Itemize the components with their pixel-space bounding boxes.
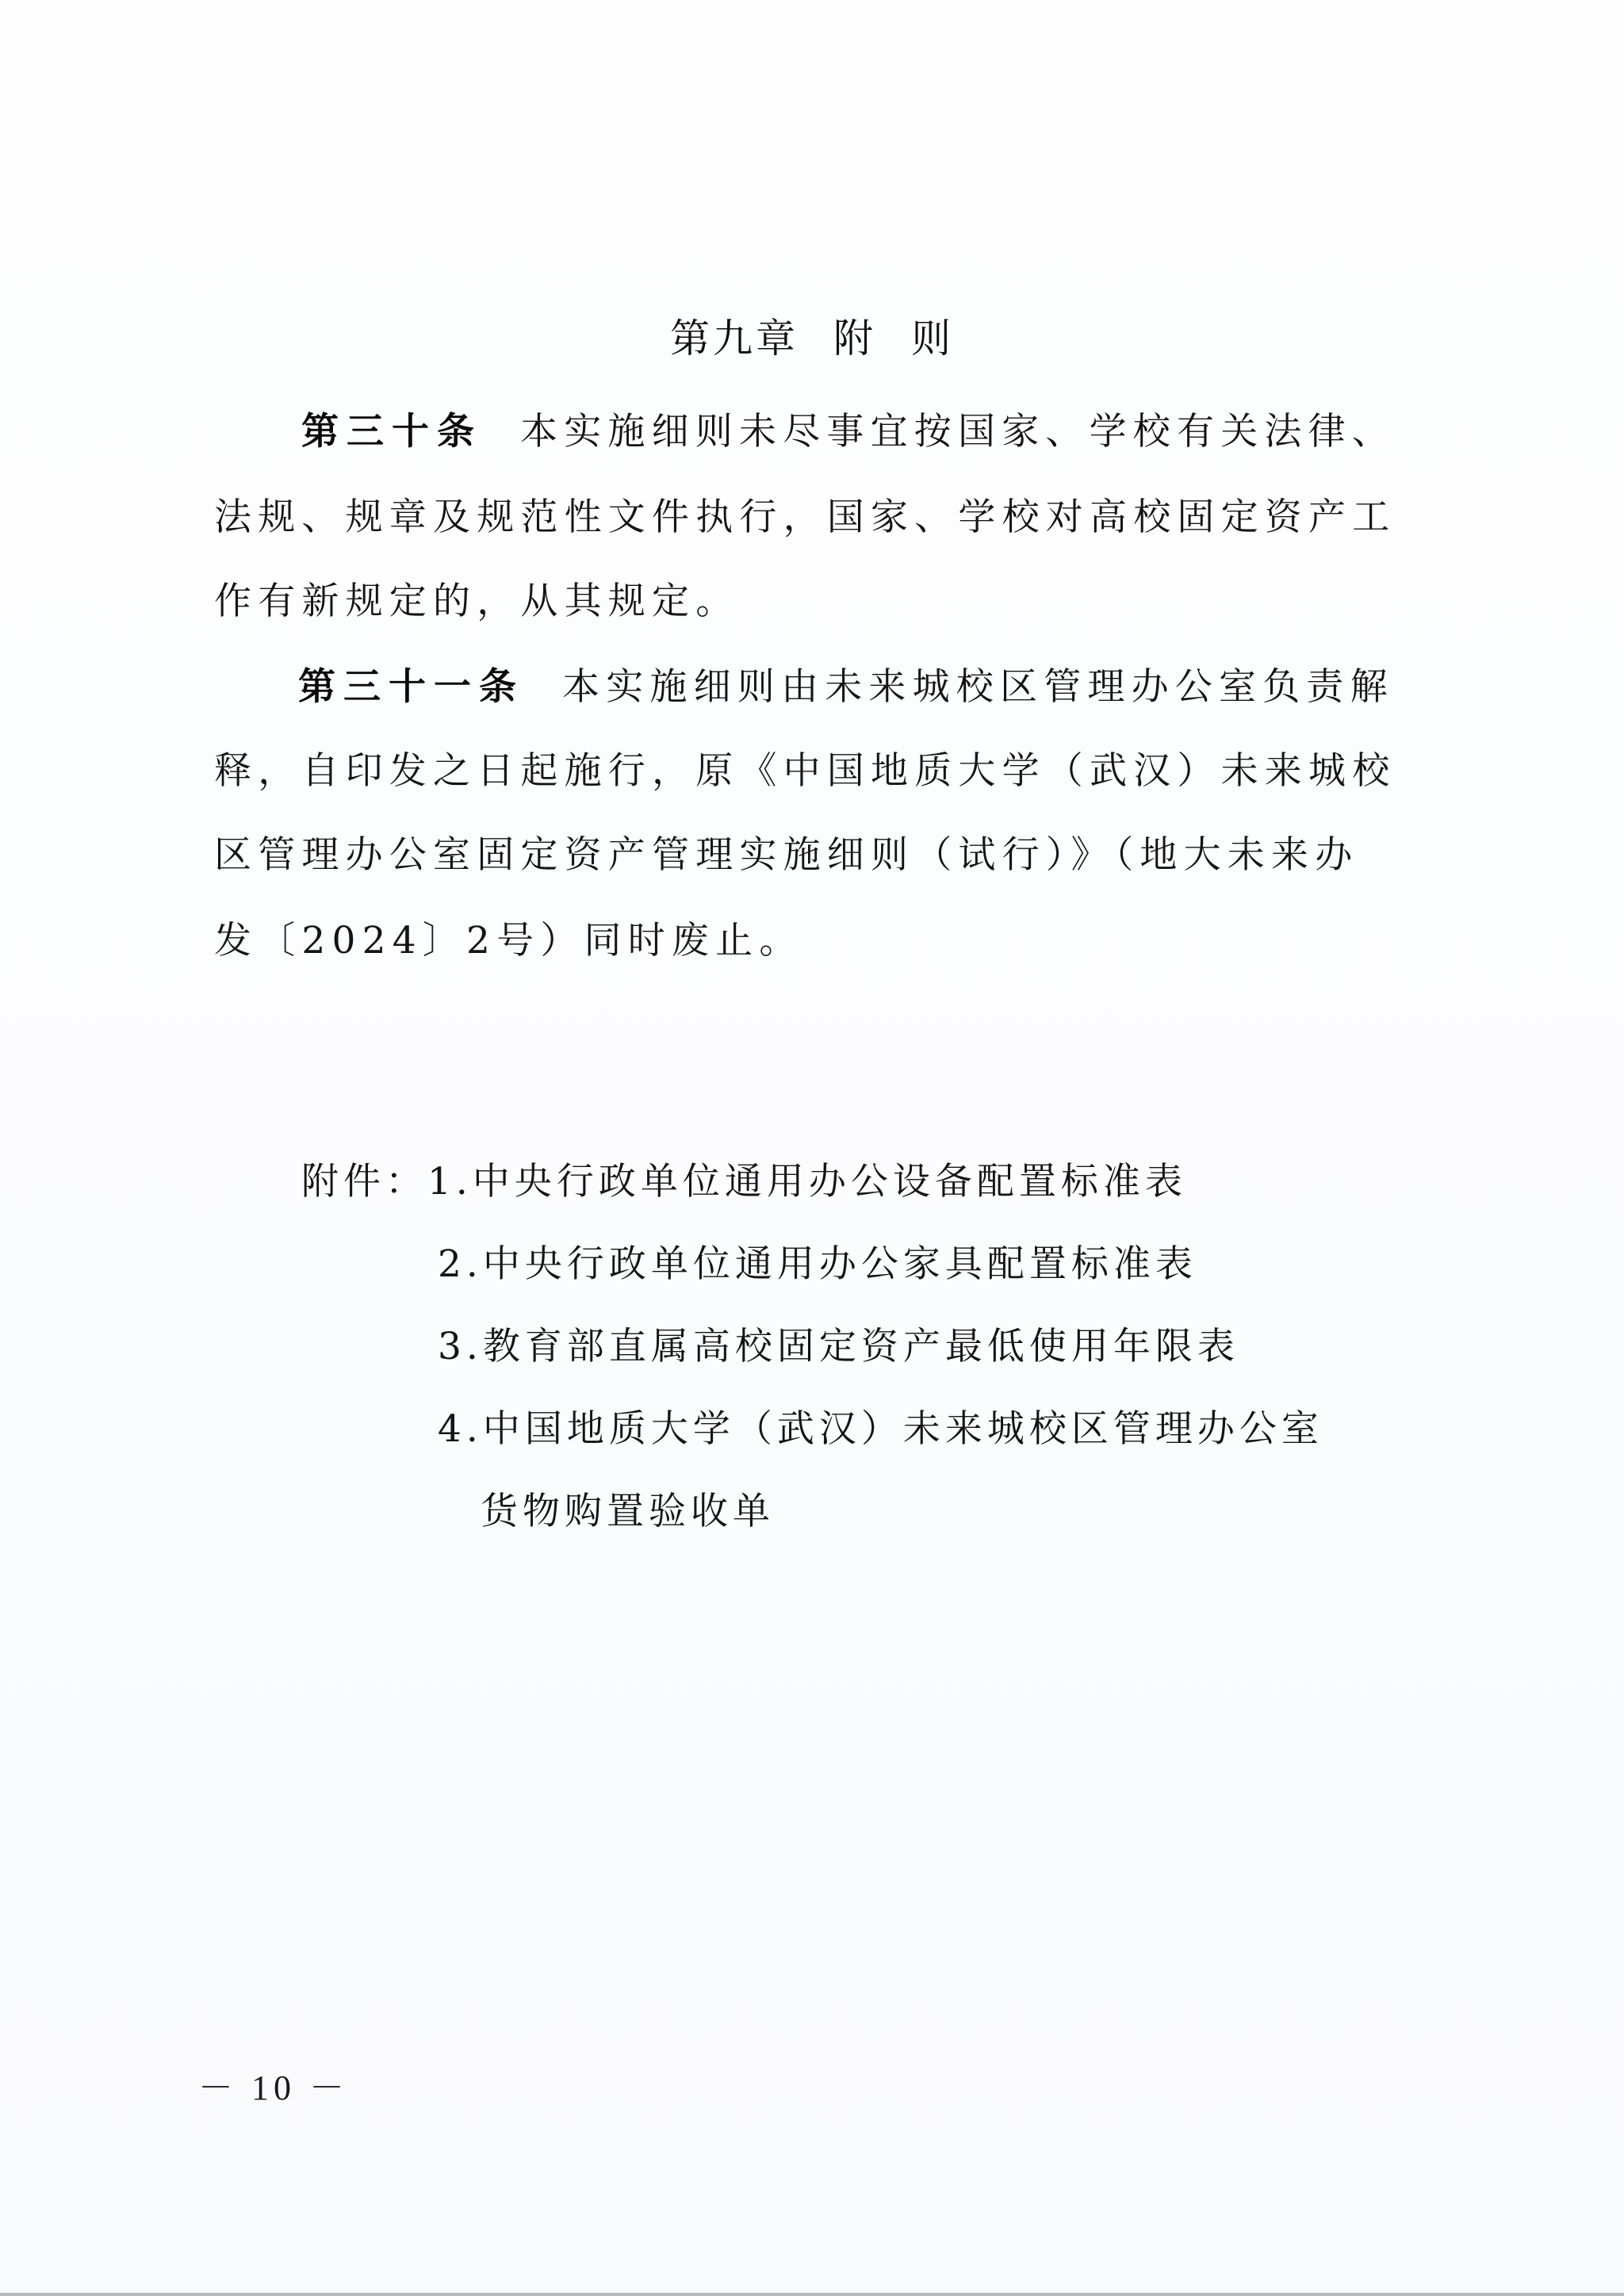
chapter-title: 第九章附则 [0, 311, 1624, 366]
article-30-line-3: 作有新规定的，从其规定。 [214, 574, 1443, 629]
page-bottom-edge [0, 2293, 1624, 2296]
article-31-text-1: 本实施细则由未来城校区管理办公室负责解 [562, 665, 1394, 709]
chapter-name-part2: 则 [911, 316, 954, 362]
attachment-item-4-continued[interactable]: 货物购置验收单 [481, 1484, 775, 1540]
article-30-line-2: 法规、规章及规范性文件执行，国家、学校对高校固定资产工 [214, 490, 1443, 545]
attachment-item-3[interactable]: 3.教育部直属高校固定资产最低使用年限表 [438, 1319, 1239, 1375]
article-31-line-1: 第三十一条本实施细则由未来城校区管理办公室负责解 [298, 660, 1527, 715]
article-31-line-3: 区管理办公室固定资产管理实施细则（试行）》（地大未来办 [214, 828, 1443, 883]
article-30-text-1: 本实施细则未尽事宜按国家、学校有关法律、 [520, 410, 1396, 453]
article-31-label: 第三十一条 [298, 665, 524, 709]
attachment-item-2[interactable]: 2.中央行政单位通用办公家具配置标准表 [438, 1237, 1197, 1292]
attachments-line-1: 附件：1.中央行政单位通用办公设备配置标准表 [301, 1154, 1187, 1210]
attachments-label: 附件： [301, 1160, 427, 1203]
article-31-line-4: 发〔2024〕2号）同时废止。 [214, 913, 1443, 969]
page-number: － 10 － [198, 2064, 349, 2112]
document-page: 第九章附则 第三十条本实施细则未尽事宜按国家、学校有关法律、 法规、规章及规范性… [0, 0, 1624, 2296]
article-30-label: 第三十条 [301, 410, 482, 453]
article-30-line-1: 第三十条本实施细则未尽事宜按国家、学校有关法律、 [301, 404, 1530, 460]
attachment-item-1[interactable]: 1.中央行政单位通用办公设备配置标准表 [427, 1160, 1187, 1203]
chapter-number: 第九章 [670, 316, 799, 362]
attachment-item-4[interactable]: 4.中国地质大学（武汉）未来城校区管理办公室 [438, 1402, 1323, 1457]
article-31-line-2: 释，自印发之日起施行，原《中国地质大学（武汉）未来城校 [214, 744, 1443, 799]
chapter-name-part1: 附 [833, 316, 876, 362]
